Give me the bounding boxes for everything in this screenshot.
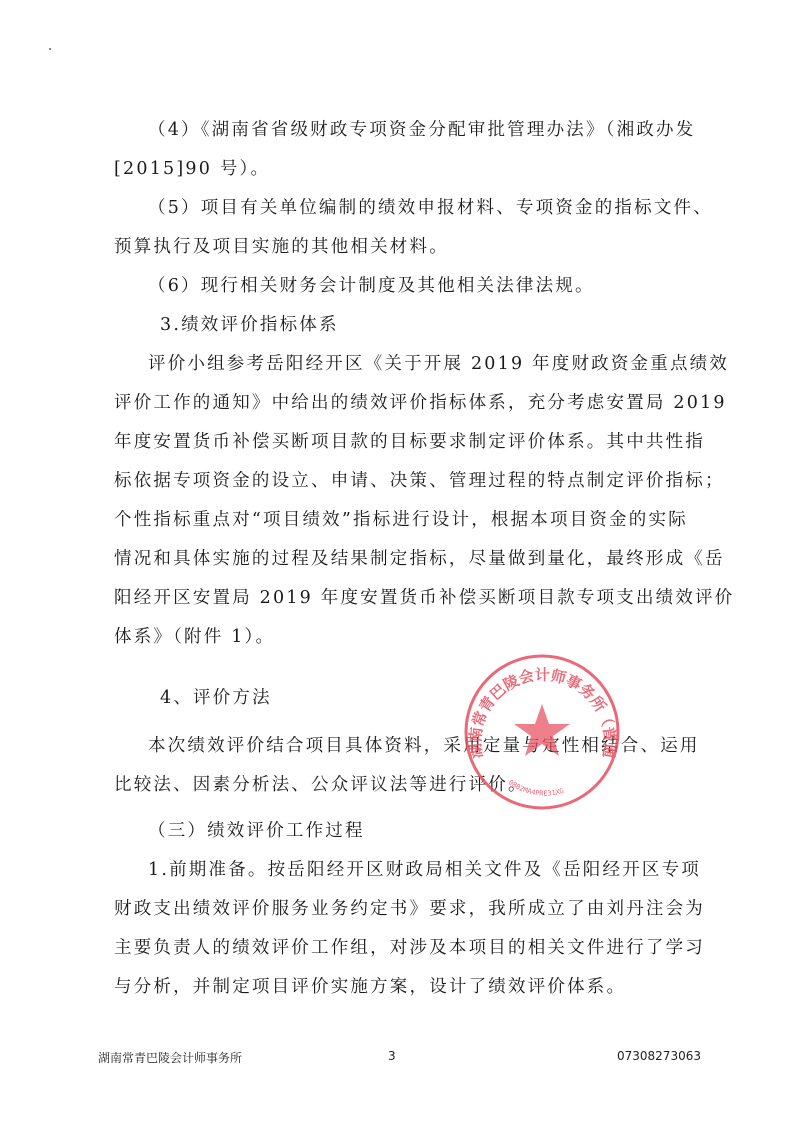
scan-speck bbox=[49, 48, 51, 50]
text-line: 3.绩效评价指标体系 bbox=[160, 313, 339, 337]
seal-code: 0802MA4PRE31XG bbox=[507, 778, 565, 797]
text-line: 体系》（附件 1）。 bbox=[114, 625, 275, 649]
text-line: 个性指标重点对“项目绩效”指标进行设计，根据本项目资金的实际 bbox=[114, 508, 688, 532]
text-line: 预算执行及项目实施的其他相关材料。 bbox=[114, 235, 449, 259]
text-line: 财政支出绩效评价服务业务约定书》要求，我所成立了由刘丹注会为 bbox=[114, 897, 705, 921]
text-line: 年度安置货币补偿买断项目款的目标要求制定评价体系。其中共性指 bbox=[114, 430, 705, 454]
text-line: （6）现行相关财务会计制度及其他相关法律法规。 bbox=[148, 274, 595, 298]
svg-text:0802MA4PRE31XG: 0802MA4PRE31XG bbox=[507, 778, 565, 797]
text-line: 与分析，并制定项目评价实施方案，设计了绩效评价体系。 bbox=[114, 975, 626, 999]
text-line: 评价工作的通知》中给出的绩效评价指标体系，充分考虑安置局 2019 bbox=[114, 391, 727, 415]
company-seal-icon: 湖南常青巴陵会计师事务所（普通合伙） 0802MA4PRE31XG bbox=[462, 652, 622, 812]
text-line: 标依据专项资金的设立、申请、决策、管理过程的特点制定评价指标； bbox=[114, 469, 725, 493]
text-line: （4）《湖南省省级财政专项资金分配审批管理办法》（湘政办发 bbox=[148, 118, 695, 142]
text-line: （5）项目有关单位编制的绩效申报材料、专项资金的指标文件、 bbox=[148, 196, 713, 220]
document-page: （4）《湖南省省级财政专项资金分配审批管理办法》（湘政办发[2015]90 号）… bbox=[0, 0, 793, 1121]
text-line: 阳经开区安置局 2019 年度安置货币补偿买断项目款专项支出绩效评价 bbox=[114, 586, 734, 610]
footer-firm-name: 湖南常青巴陵会计师事务所 bbox=[98, 1049, 242, 1066]
text-line: 主要负责人的绩效评价工作组，对涉及本项目的相关文件进行了学习 bbox=[114, 936, 705, 960]
footer-phone: 07308273063 bbox=[617, 1049, 701, 1063]
text-line: （三）绩效评价工作过程 bbox=[148, 819, 365, 843]
text-line: 1.前期准备。按岳阳经开区财政局相关文件及《岳阳经开区专项 bbox=[148, 858, 701, 882]
text-line: 4、评价方法 bbox=[160, 686, 272, 710]
text-line: [2015]90 号）。 bbox=[114, 157, 270, 181]
footer-page-number: 3 bbox=[388, 1049, 396, 1063]
text-line: 评价小组参考岳阳经开区《关于开展 2019 年度财政资金重点绩效 bbox=[148, 352, 729, 376]
text-line: 情况和具体实施的过程及结果制定指标，尽量做到量化，最终形成《岳 bbox=[114, 547, 725, 571]
